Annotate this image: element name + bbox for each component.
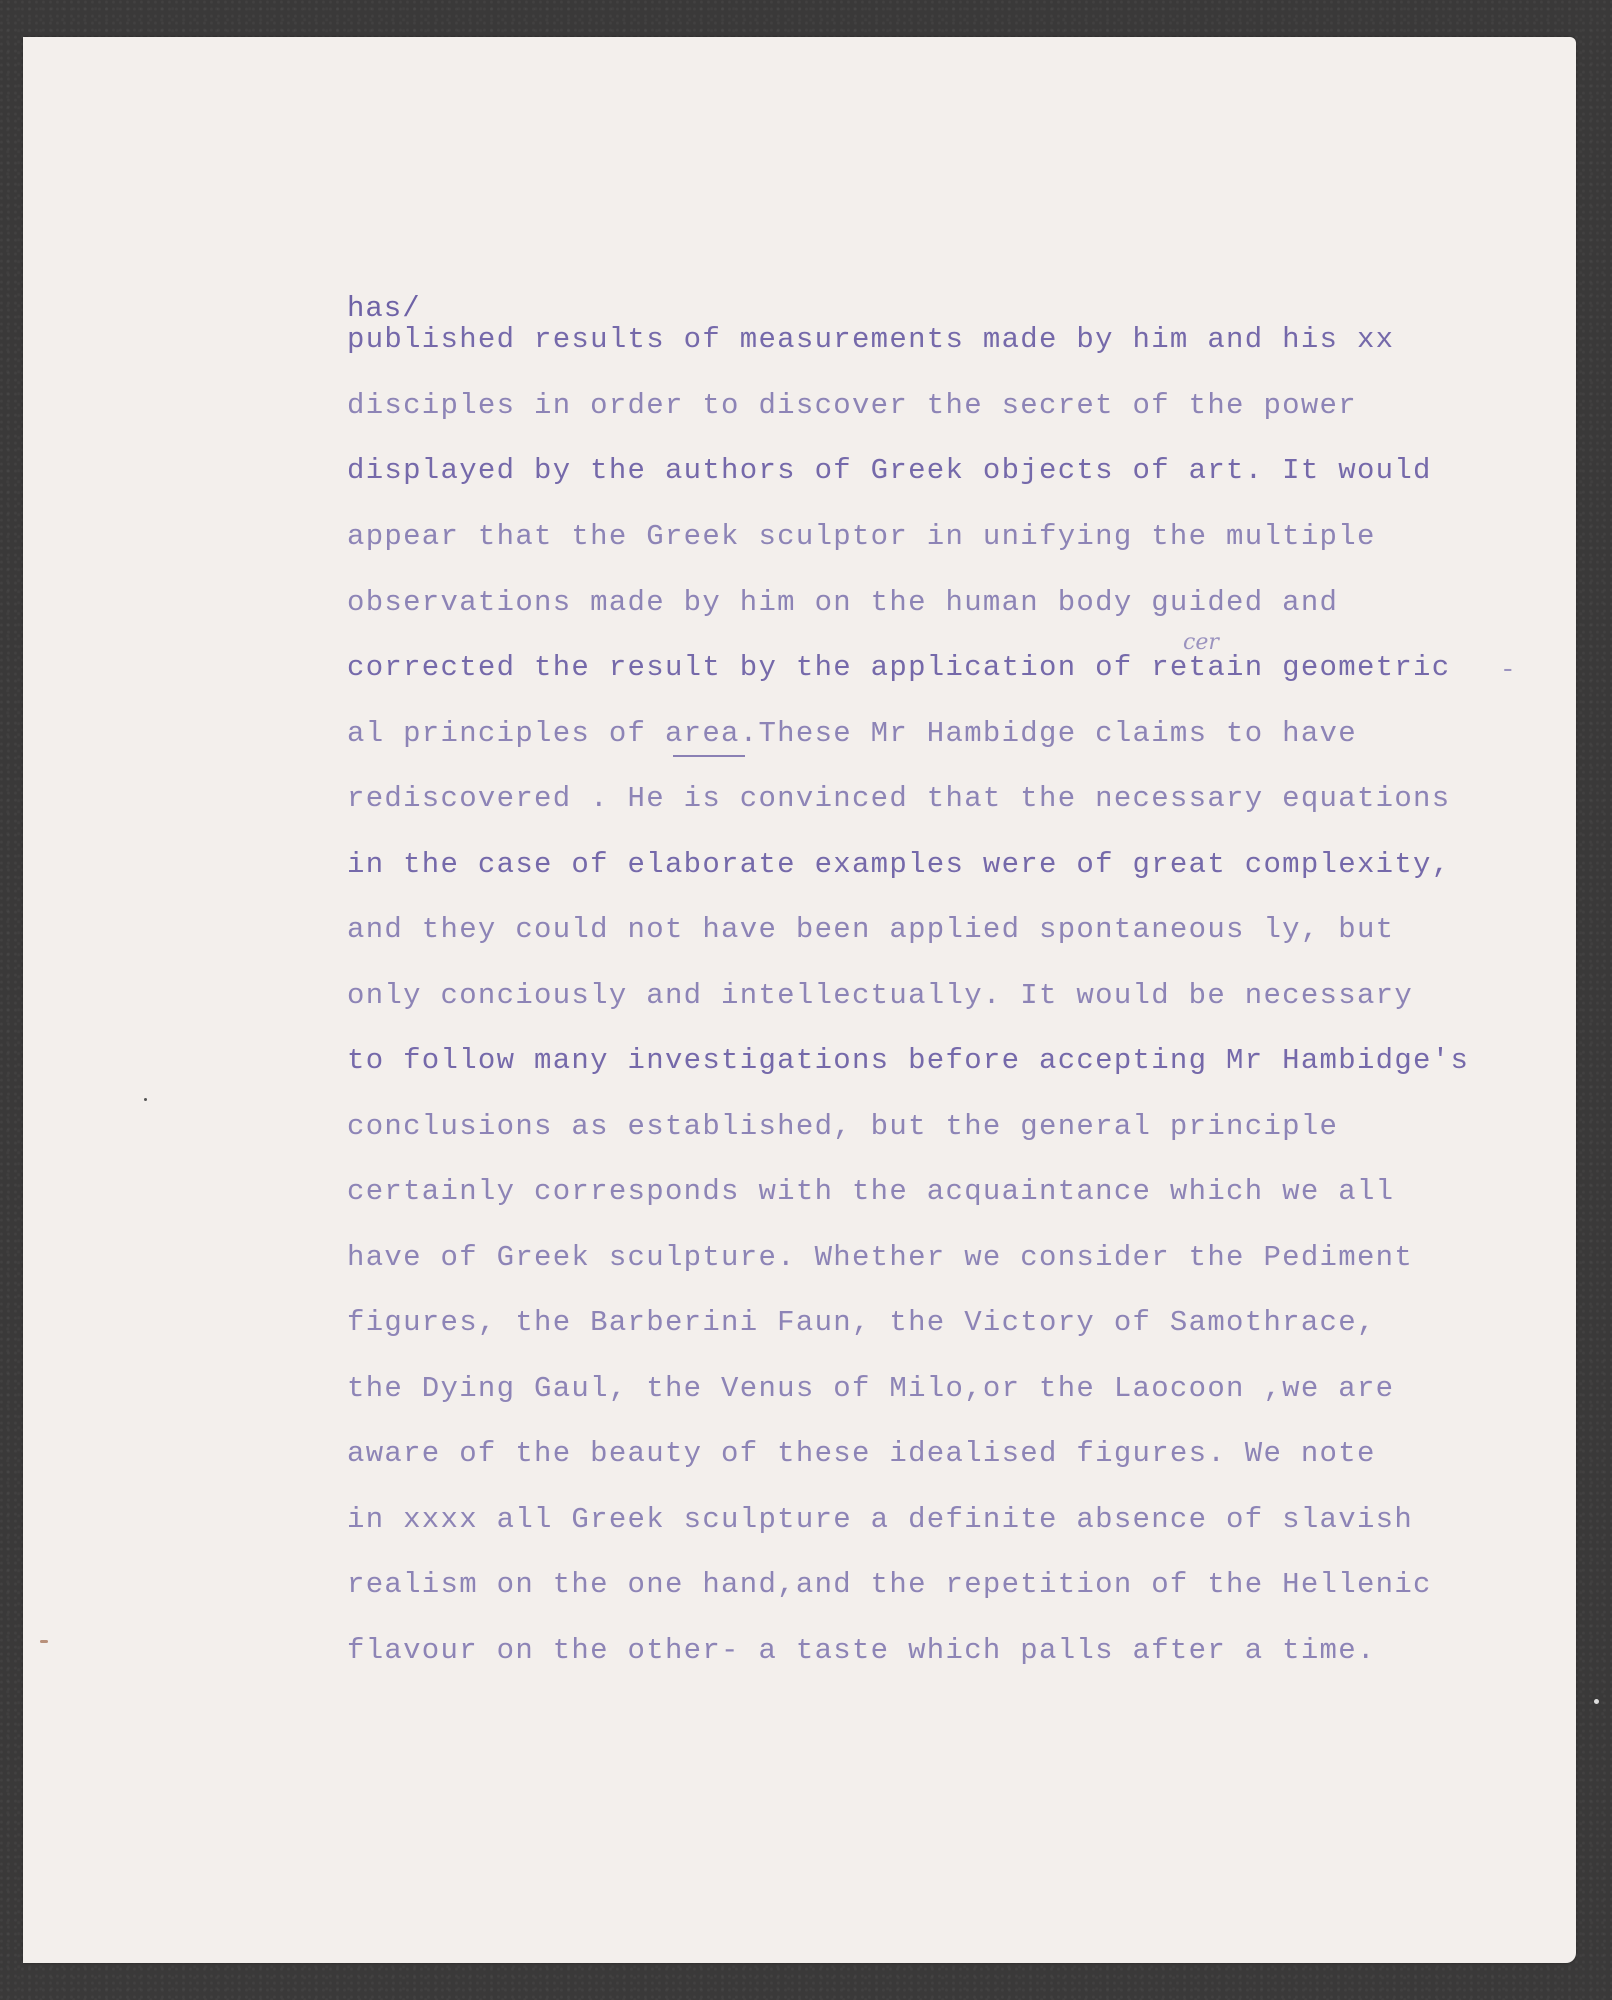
paper-speck <box>40 1640 48 1643</box>
paper-speck <box>144 1098 147 1101</box>
text-line-3: displayed by the authors of Greek object… <box>347 456 1432 485</box>
text-line-8: rediscovered . He is convinced that the … <box>347 784 1450 813</box>
text-line-18: aware of the beauty of these idealised f… <box>347 1439 1376 1468</box>
text-line-9: in the case of elaborate examples were o… <box>347 850 1450 879</box>
text-line-14: certainly corresponds with the acquainta… <box>347 1177 1394 1206</box>
text-line-16: figures, the Barberini Faun, the Victory… <box>347 1308 1376 1337</box>
text-line-10: and they could not have been applied spo… <box>347 915 1394 944</box>
text-line-12: to follow many investigations before acc… <box>347 1046 1469 1075</box>
margin-hyphen: - <box>1500 655 1516 685</box>
text-line-21: flavour on the other- a taste which pall… <box>347 1636 1376 1665</box>
text-line-5: observations made by him on the human bo… <box>347 588 1338 617</box>
text-line-15: have of Greek sculpture. Whether we cons… <box>347 1243 1413 1272</box>
handwritten-insertion: has/ <box>347 292 421 325</box>
text-line-17: the Dying Gaul, the Venus of Milo,or the… <box>347 1374 1394 1403</box>
text-line-11: only conciously and intellectually. It w… <box>347 981 1413 1010</box>
scan-speck <box>1594 1699 1599 1704</box>
text-line-6: corrected the result by the application … <box>347 653 1450 682</box>
text-line-19: in xxxx all Greek sculpture a definite a… <box>347 1505 1413 1534</box>
handwritten-correction: cer <box>1183 630 1219 655</box>
text-line-4: appear that the Greek sculptor in unifyi… <box>347 522 1376 551</box>
text-line-13: conclusions as established, but the gene… <box>347 1112 1338 1141</box>
text-line-20: realism on the one hand,and the repetiti… <box>347 1570 1432 1599</box>
text-line-2: disciples in order to discover the secre… <box>347 391 1357 420</box>
text-line-7: al principles of area.These Mr Hambidge … <box>347 719 1357 748</box>
underline-area <box>673 755 745 757</box>
text-line-1: published results of measurements made b… <box>347 325 1394 354</box>
